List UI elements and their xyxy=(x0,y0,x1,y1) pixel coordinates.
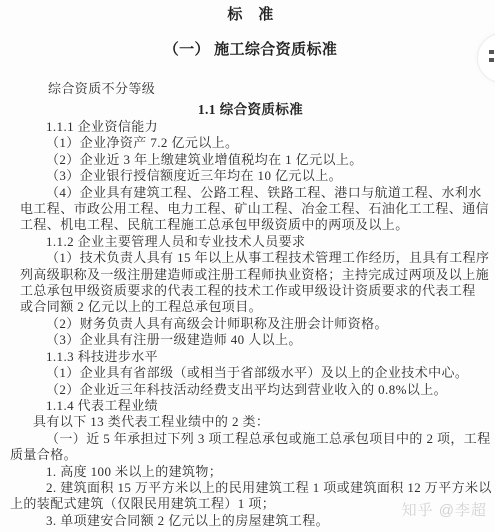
doc-line: 列高级职称及一级注册建造师或注册工程师执业资格；主持完成过两项及以上施 xyxy=(20,267,481,283)
doc-line: 1.1.1 企业资信能力 xyxy=(20,119,481,135)
document-body: 1.1.1 企业资信能力（1）企业净资产 7.2 亿元以上。（2）企业近 3 年… xyxy=(20,119,481,529)
doc-line: （1）企业净资产 7.2 亿元以上。 xyxy=(20,135,481,151)
doc-line: 或合同额 2 亿元以上的工程总承包项目。 xyxy=(20,299,481,315)
doc-line: （1）企业具有省部级（或相当于省部级水平）及以上的企业技术中心。 xyxy=(20,365,481,381)
section-heading: （一） 施工综合资质标准 xyxy=(20,41,481,59)
document-title: 标 准 xyxy=(20,6,481,24)
doc-line: （2）企业近三年科技活动经费支出平均达到营业收入的 0.8%以上。 xyxy=(20,382,481,398)
doc-line: 工总承包甲级资质要求的代表工程的技术工作或甲级设计资质要求的代表工程 xyxy=(20,283,481,299)
doc-line: 质量合格。 xyxy=(20,447,481,463)
doc-line: （3）企业具有注册一级建造师 40 人以上。 xyxy=(20,332,481,348)
doc-line: 工程、机电工程、民航工程施工总承包甲级资质中的两项及以上。 xyxy=(20,217,481,233)
doc-line: （一）近 5 年承担过下列 3 项工程总承包或施工总承包项目中的 2 项，工程 xyxy=(20,431,481,447)
pager-button-glyph xyxy=(489,50,494,54)
doc-line: （1）技术负责人具有 15 年以上从事工程技术管理工作经历，且具有工程序 xyxy=(20,250,481,266)
document-page: 标 准 （一） 施工综合资质标准 综合资质不分等级 1.1 综合资质标准 1.1… xyxy=(0,0,495,529)
grade-note: 综合资质不分等级 xyxy=(20,81,481,97)
doc-line: （4）企业具有建筑工程、公路工程、铁路工程、港口与航道工程、水利水 xyxy=(20,185,481,201)
doc-line: 具有以下 13 类代表工程业绩中的 2 类： xyxy=(20,414,481,430)
doc-line: （2）企业近 3 年上缴建筑业增值税均在 1 亿元以上。 xyxy=(20,152,481,168)
doc-line: 电工程、市政公用工程、电力工程、矿山工程、冶金工程、石油化工工程、通信 xyxy=(20,201,481,217)
doc-line: 1.1.2 企业主要管理人员和专业技术人员要求 xyxy=(20,234,481,250)
doc-line: 1. 高度 100 米以上的建筑物； xyxy=(20,464,481,480)
pager-button-glyph xyxy=(489,58,494,62)
doc-line: 1.1.3 科技进步水平 xyxy=(20,349,481,365)
doc-line: （2）财务负责人具有高级会计师职称及注册会计师资格。 xyxy=(20,316,481,332)
watermark: 知乎 @李超 xyxy=(402,499,487,520)
subsection-heading: 1.1 综合资质标准 xyxy=(20,101,481,118)
doc-line: 2. 建筑面积 15 万平方米以上的民用建筑工程 1 项或建筑面积 12 万平方… xyxy=(20,480,481,496)
doc-line: （3）企业银行授信额度近三年均在 10 亿元以上。 xyxy=(20,168,481,184)
doc-line: 1.1.4 代表工程业绩 xyxy=(20,398,481,414)
